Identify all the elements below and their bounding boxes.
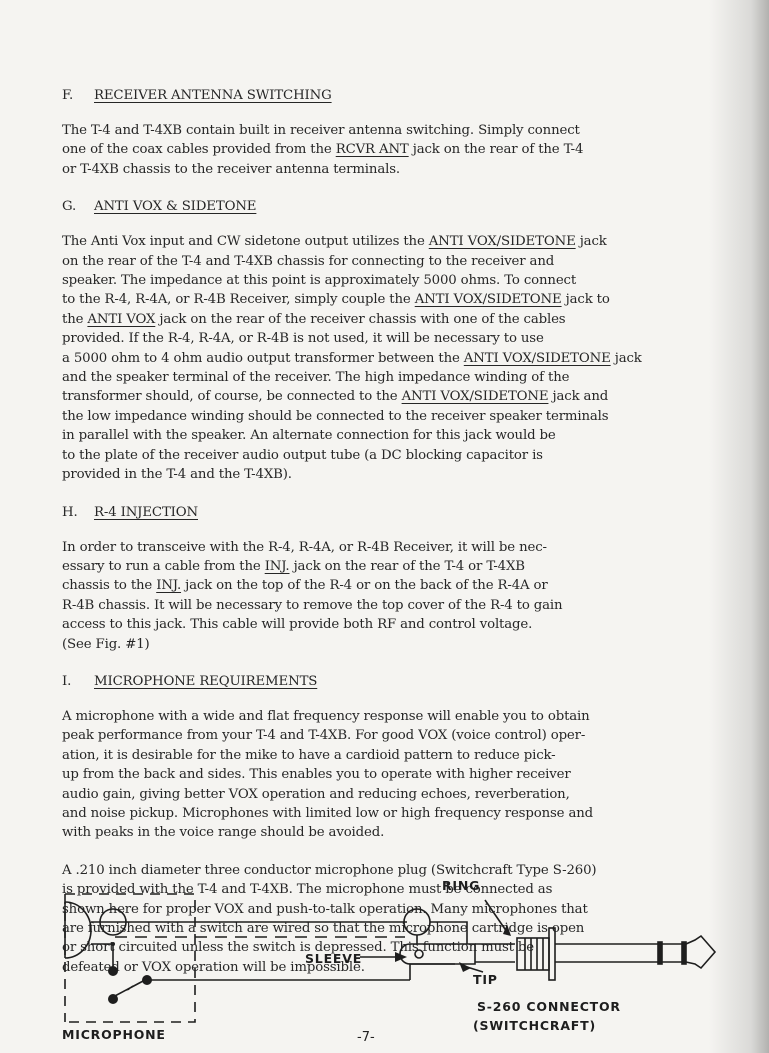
underlined-term: ANTI VOX/SIDETONE — [429, 234, 576, 249]
section-heading: G.ANTI VOX & SIDETONE — [62, 197, 732, 216]
document-body: F.RECEIVER ANTENNA SWITCHINGThe T-4 and … — [62, 86, 732, 995]
section-letter: H. — [62, 503, 94, 522]
section-title: ANTI VOX & SIDETONE — [94, 199, 256, 214]
microphone-wiring-diagram: MICROPHONE SLEEVE RING TIP S-260 CONNECT… — [55, 872, 755, 1052]
label-connector: S-260 CONNECTOR — [477, 999, 621, 1014]
underlined-term: ANTI VOX/SIDETONE — [464, 351, 611, 366]
label-ring: RING — [442, 878, 480, 893]
underlined-term: RCVR ANT — [336, 142, 409, 157]
section-heading: F.RECEIVER ANTENNA SWITCHING — [62, 86, 732, 105]
section-title: RECEIVER ANTENNA SWITCHING — [94, 88, 332, 103]
underlined-term: INJ. — [156, 578, 181, 593]
section-heading: H.R-4 INJECTION — [62, 503, 732, 522]
label-sleeve: SLEEVE — [305, 951, 362, 966]
paragraph: A microphone with a wide and flat freque… — [62, 707, 732, 843]
section-letter: F. — [62, 86, 94, 105]
paragraph: The T-4 and T-4XB contain built in recei… — [62, 121, 732, 179]
label-manufacturer: (SWITCHCRAFT) — [473, 1018, 596, 1033]
section-title: R-4 INJECTION — [94, 505, 198, 520]
page-number: -7- — [357, 1030, 375, 1045]
section-heading: I.MICROPHONE REQUIREMENTS — [62, 672, 732, 691]
text-run: A microphone with a wide and flat freque… — [62, 709, 593, 840]
underlined-term: ANTI VOX/SIDETONE — [415, 292, 562, 307]
section-title: MICROPHONE REQUIREMENTS — [94, 674, 317, 689]
paragraph: The Anti Vox input and CW sidetone outpu… — [62, 232, 732, 484]
underlined-term: ANTI VOX/SIDETONE — [402, 389, 549, 404]
label-tip: TIP — [473, 972, 498, 987]
label-microphone: MICROPHONE — [62, 1027, 166, 1042]
underlined-term: INJ. — [265, 559, 290, 574]
section-letter: I. — [62, 672, 94, 691]
text-run: The Anti Vox input and CW sidetone outpu… — [62, 234, 429, 249]
section-letter: G. — [62, 197, 94, 216]
underlined-term: ANTI VOX — [87, 312, 155, 327]
wiring-schematic — [55, 872, 755, 1052]
paragraph: In order to transceive with the R-4, R-4… — [62, 538, 732, 654]
